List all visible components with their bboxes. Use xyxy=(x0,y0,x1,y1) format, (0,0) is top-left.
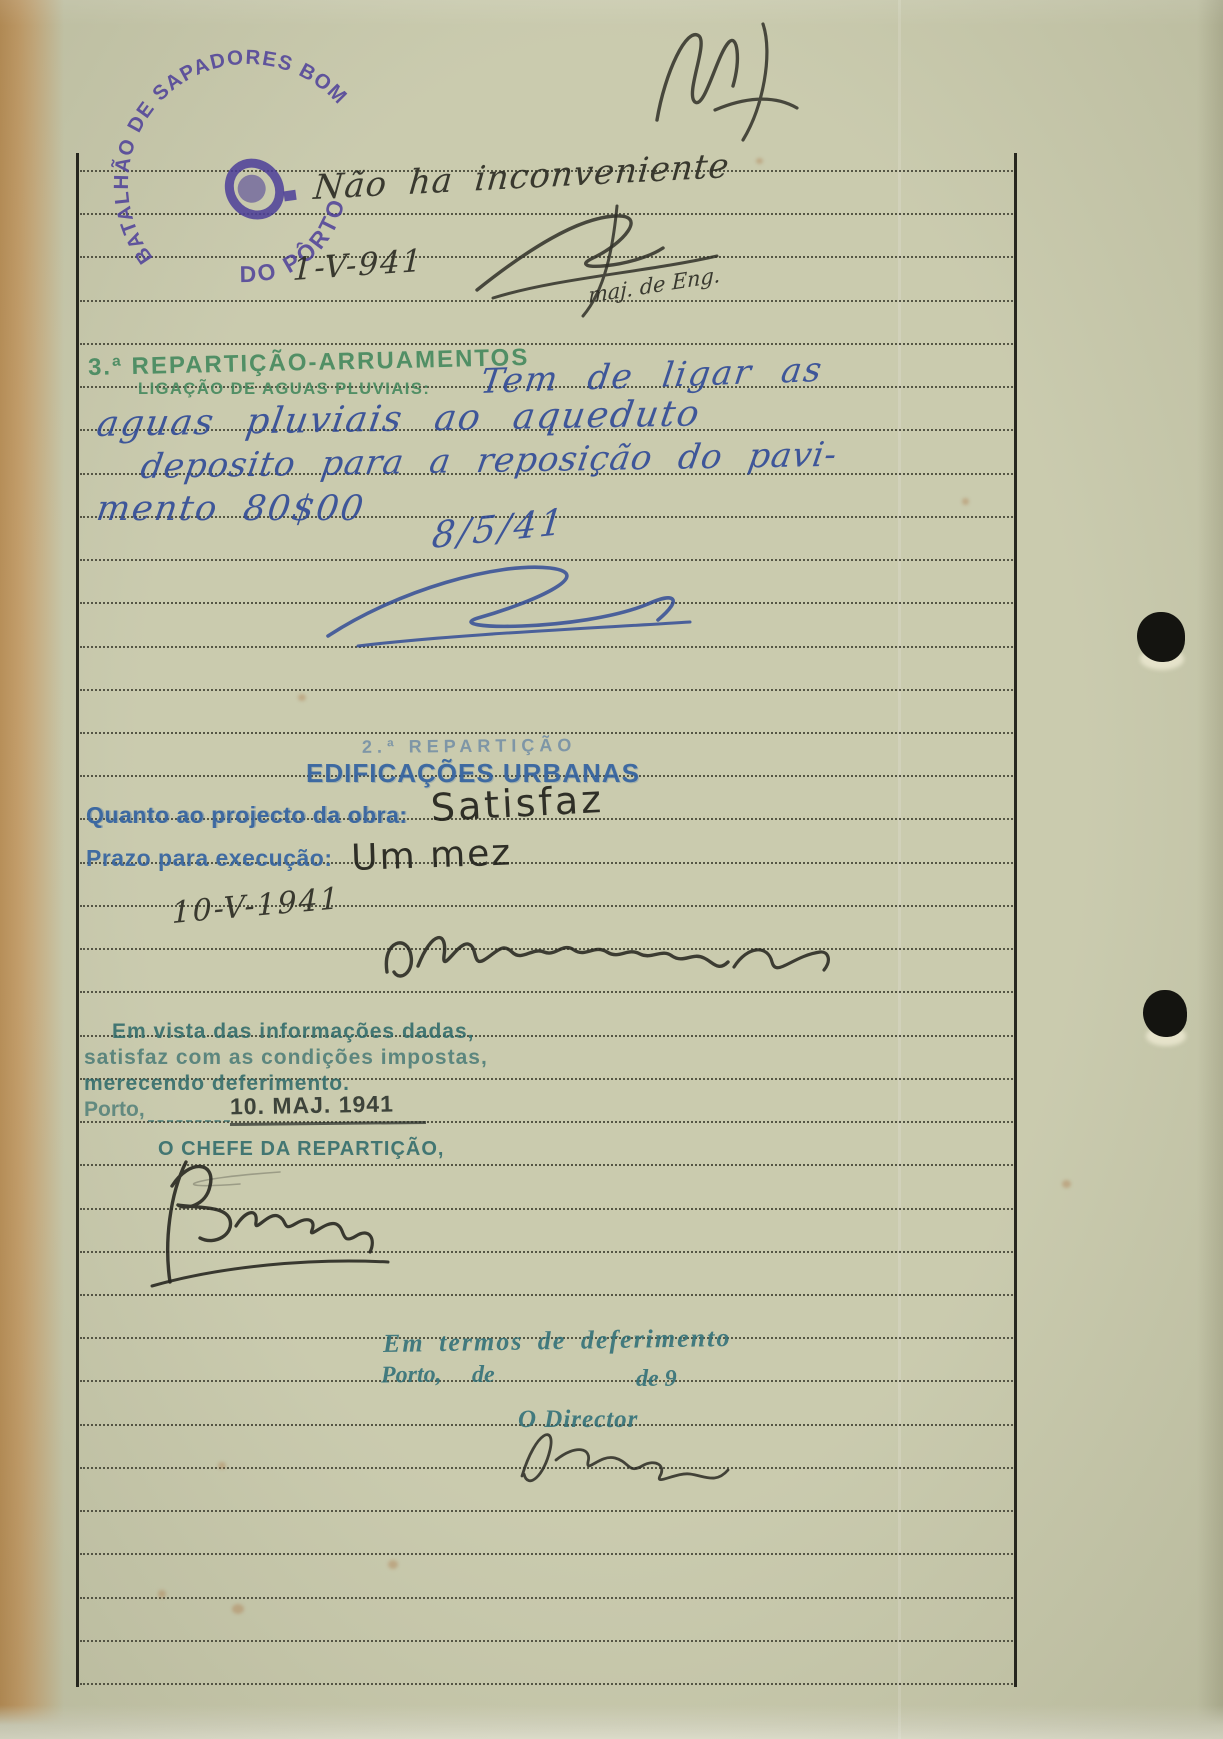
foxing-speck xyxy=(218,1462,226,1469)
document-scan: BATALHÃO DE SAPADORES BOMBEIROS DO PÔRTO… xyxy=(0,0,1223,1739)
foxing-speck xyxy=(232,1604,244,1614)
note-line4: mento 80$00 xyxy=(94,489,368,529)
foxing-speck xyxy=(298,694,306,701)
right-margin-rule xyxy=(1014,153,1017,1687)
ruled-line xyxy=(80,1510,1013,1512)
despacho1-date: 1-V-941 xyxy=(292,243,424,288)
foxing-speck xyxy=(388,1560,398,1569)
ruled-line xyxy=(80,732,1013,734)
punch-hole-bottom xyxy=(1143,990,1187,1037)
chefe-signature xyxy=(130,1150,460,1305)
deferimento-de1: de xyxy=(472,1362,495,1389)
deferimento-line1: Em termos de deferimento xyxy=(383,1323,732,1359)
paper-crease xyxy=(898,0,901,1739)
director-signature xyxy=(500,1414,750,1499)
prazo-label-stamp: Prazo para execução: xyxy=(86,845,333,872)
ruled-line xyxy=(80,1553,1013,1555)
page-left-edge xyxy=(0,0,64,1739)
foxing-speck xyxy=(1062,1180,1071,1188)
ruled-line xyxy=(80,1597,1013,1599)
prazo-value-handwriting: Um mez xyxy=(351,832,513,879)
page-right-edge xyxy=(1197,0,1223,1739)
urbanas-date-handwriting: 10-V-1941 xyxy=(171,881,340,931)
foxing-speck xyxy=(756,158,763,164)
urbanas-stamp-title: 2.ª REPARTIÇÃO xyxy=(362,735,577,758)
arruamentos-signature xyxy=(318,548,708,663)
parecer-city-label: Porto, xyxy=(84,1098,145,1122)
deferimento-city-label: Porto, xyxy=(381,1361,442,1389)
arruamentos-stamp-subtitle: LIGAÇÃO DE AGUAS PLUVIAIS: xyxy=(138,380,430,399)
deferimento-de2: de 9 xyxy=(636,1366,677,1393)
date-stamp-underline xyxy=(230,1121,426,1126)
projecto-label-stamp: Quanto ao projecto da obra: xyxy=(86,802,407,829)
ruled-line xyxy=(80,1640,1013,1642)
arruamentos-stamp-title: 3.ª REPARTIÇÃO-ARRUAMENTOS xyxy=(88,344,530,382)
projecto-value-handwriting: Satisfaz xyxy=(430,777,605,830)
ruled-line xyxy=(80,1380,1013,1382)
punch-hole-top xyxy=(1137,612,1185,662)
ruled-line xyxy=(80,1683,1013,1685)
note-line3: deposito para a reposição do pavi- xyxy=(138,435,840,487)
ruled-line xyxy=(80,689,1013,691)
top-right-rubric-signature xyxy=(645,12,820,147)
foxing-speck xyxy=(962,498,969,505)
note-line2: aguas pluviais ao aqueduto xyxy=(94,393,704,445)
ruled-line xyxy=(80,343,1013,345)
foxing-speck xyxy=(158,1590,166,1598)
parecer-line2: satisfaz com as condições impostas, xyxy=(84,1046,488,1070)
parecer-leader xyxy=(148,1120,230,1122)
urbanas-signature xyxy=(372,912,842,1012)
crown-icon xyxy=(195,122,300,233)
page-bottom-edge xyxy=(0,1705,1223,1739)
parecer-line1: Em vista das informações dadas, xyxy=(112,1020,474,1044)
date-stamp: 10. MAJ. 1941 xyxy=(230,1091,394,1121)
left-margin-rule xyxy=(76,153,79,1687)
